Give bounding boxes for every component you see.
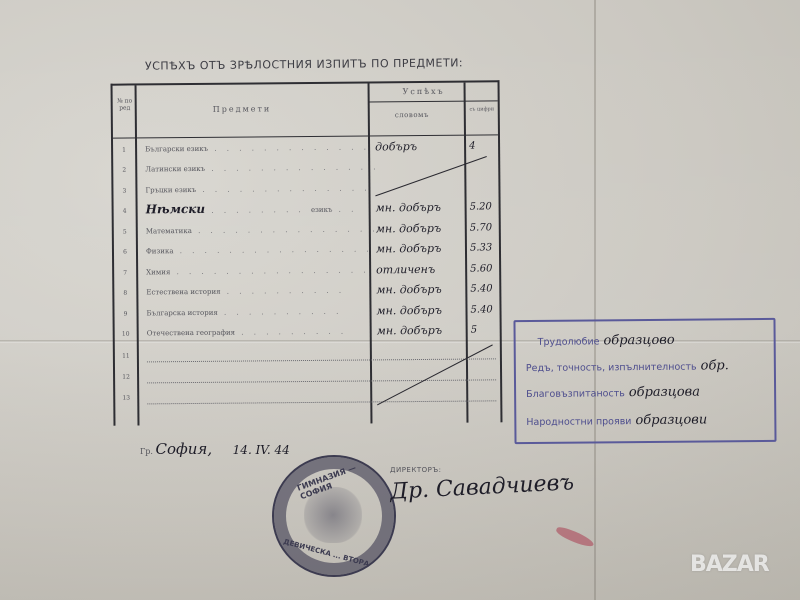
row-grade-words: мн. добъръ	[377, 324, 472, 338]
conduct-national: Народностни проявиобразцови	[526, 412, 707, 429]
date: 14. IV. 44	[233, 443, 290, 457]
place-and-date: Гр. София, 14. IV. 44	[140, 440, 290, 458]
row-grade-digits: 5.40	[468, 283, 504, 294]
table-row: 13	[115, 384, 500, 408]
table-header: № по ред Предмети Успѣхъ словомъ съ цифр…	[113, 82, 498, 138]
school-seal: ГИМНАЗИЯ — СОФИЯ ДЕВИЧЕСКА ... ВТОРА	[272, 455, 396, 577]
row-grade-words: мн. добъръ	[376, 304, 471, 318]
row-subject: Гръцки езикъ . . . . . . . . . . . . . .…	[145, 184, 375, 194]
row-grade-digits: 5	[469, 324, 505, 335]
row-grade-digits: 5.70	[468, 222, 504, 233]
conduct-order: Редъ, точность, изпълнителностьобр.	[526, 358, 729, 375]
row-subject: Математика . . . . . . . . . . . . . . .	[146, 225, 376, 235]
row-grade-digits: 5.33	[468, 242, 504, 253]
row-number: 5	[114, 228, 136, 235]
row-number: 12	[115, 373, 137, 380]
row-number: 8	[114, 289, 136, 296]
row-subject: Латински езикъ . . . . . . . . . . . . .…	[145, 163, 375, 173]
row-number: 2	[113, 166, 135, 173]
row-number: 11	[115, 352, 137, 359]
conduct-manners: Благовъзпитаностьобразцова	[526, 385, 700, 402]
place-prefix: Гр.	[140, 447, 153, 456]
row-grade-digits: 5.20	[468, 201, 504, 212]
row-grade-words: отличенъ	[376, 263, 471, 277]
row-grade-digits: 5.60	[468, 263, 504, 274]
conduct-stamp: Трудолюбиеобразцово Редъ, точность, изпъ…	[513, 318, 776, 444]
row-number: 4	[114, 207, 136, 214]
grades-table: № по ред Предмети Успѣхъ словомъ съ цифр…	[111, 80, 503, 425]
watermark-logo: BAZAR	[690, 552, 769, 577]
table-row: 11	[115, 342, 500, 366]
row-subject: Химия . . . . . . . . . . . . . . . .	[146, 266, 376, 276]
row-subject: Физика . . . . . . . . . . . . . . . .	[146, 245, 376, 255]
row-number: 6	[114, 248, 136, 255]
row-grade-words: добъръ	[375, 140, 470, 154]
row-grade-words: мн. добъръ	[376, 283, 471, 297]
place-name: София,	[156, 440, 213, 458]
table-row: 8 Естествена история . . . . . . . . . .…	[114, 279, 499, 303]
row-subject: Нѣмски . . . . . . . . езикъ . .	[146, 200, 376, 216]
director-label: ДИРЕКТОРЪ:	[390, 466, 442, 474]
row-grade-words: мн. добъръ	[376, 222, 471, 236]
header-number: № по ред	[115, 97, 135, 111]
conduct-diligence: Трудолюбиеобразцово	[538, 333, 675, 349]
table-row: 12	[115, 363, 500, 387]
vertical-fold	[594, 0, 596, 600]
row-number: 10	[115, 330, 137, 337]
table-row: 4 Нѣмски . . . . . . . . езикъ . . мн. д…	[114, 197, 499, 221]
header-words: словомъ	[395, 111, 429, 119]
row-grade-words: мн. добъръ	[376, 242, 471, 256]
blank-line	[147, 400, 496, 404]
row-grade-digits: 5.40	[468, 304, 504, 315]
table-row: 6 Физика . . . . . . . . . . . . . . . .…	[114, 238, 499, 262]
blank-line	[147, 358, 496, 362]
row-number: 7	[114, 269, 136, 276]
table-row: 10 Отечествена география . . . . . . . .…	[115, 320, 500, 344]
row-number: 13	[115, 394, 137, 401]
row-number: 3	[113, 187, 135, 194]
header-digits: съ цифри	[467, 106, 497, 112]
row-number: 9	[114, 310, 136, 317]
row-subject: Естествена история . . . . . . . . . .	[146, 286, 376, 296]
row-grade-digits: 4	[467, 140, 503, 151]
row-grade-words	[375, 181, 470, 182]
row-subject: Отечествена география . . . . . . . . .	[147, 327, 377, 337]
row-subject: Българска история . . . . . . . . . .	[146, 307, 376, 317]
row-grade-words	[375, 160, 470, 161]
header-success: Успѣхъ	[403, 87, 445, 96]
row-number: 1	[113, 146, 135, 153]
table-row: 2 Латински езикъ . . . . . . . . . . . .…	[113, 156, 498, 180]
blank-line	[147, 379, 496, 383]
header-subdivider	[369, 100, 498, 102]
row-subject: Български езикъ . . . . . . . . . . . . …	[145, 143, 375, 153]
header-subjects: Предмети	[213, 104, 272, 114]
row-grade-words: мн. добъръ	[376, 201, 471, 215]
